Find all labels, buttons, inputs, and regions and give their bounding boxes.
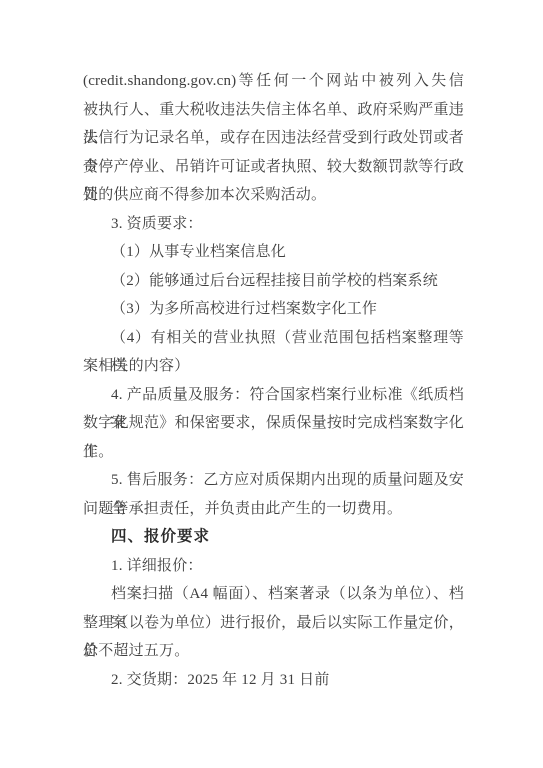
document-line: 作。 — [83, 438, 464, 467]
document-page: (credit.shandong.gov.cn)等任何一个网站中被列入失信 被执… — [0, 0, 543, 768]
document-line: 4. 产品质量及服务：符合国家档案行业标准《纸质档案 — [83, 381, 464, 410]
document-line: 失信行为记录名单，或存在因违法经营受到行政处罚或者责 — [83, 124, 464, 153]
line-text: 3. 资质要求： — [111, 216, 203, 232]
document-line: 令停产停业、吊销许可证或者执照、较大数额罚款等行政处 — [83, 153, 464, 182]
line-text: 2. 交货期：2025 年 12 月 31 日前 — [111, 672, 330, 688]
document-line: 2. 交货期：2025 年 12 月 31 日前 — [83, 666, 464, 695]
document-content: (credit.shandong.gov.cn)等任何一个网站中被列入失信 被执… — [83, 67, 464, 694]
line-text: 1. 详细报价： — [111, 558, 203, 574]
document-line: （3）为多所高校进行过档案数字化工作 — [83, 295, 464, 324]
document-line: 案相关的内容） — [83, 352, 464, 381]
line-text: 作。 — [83, 444, 113, 460]
line-text: 罚的供应商不得参加本次采购活动。 — [83, 187, 326, 203]
line-text: （2）能够通过后台远程挂接目前学校的档案系统 — [111, 273, 438, 289]
document-line: 5. 售后服务：乙方应对质保期内出现的质量问题及安全 — [83, 466, 464, 495]
line-text: （1）从事专业档案信息化 — [111, 244, 286, 260]
document-line: 价不超过五万。 — [83, 637, 464, 666]
document-line: (credit.shandong.gov.cn)等任何一个网站中被列入失信 — [83, 67, 464, 96]
document-line: 3. 资质要求： — [83, 210, 464, 239]
document-line: 四、报价要求 — [83, 523, 464, 552]
document-line: 档案扫描（A4 幅面）、档案著录（以条为单位）、档案 — [83, 580, 464, 609]
line-text: 问题等承担责任，并负责由此产生的一切费用。 — [83, 501, 402, 517]
line-text: 四、报价要求 — [111, 528, 210, 545]
line-text: （3）为多所高校进行过档案数字化工作 — [111, 301, 377, 317]
line-text: (credit.shandong.gov.cn)等任何一个网站中被列入失信 — [83, 73, 464, 89]
document-line: 数字化规范》和保密要求，保质保量按时完成档案数字化工 — [83, 409, 464, 438]
document-line: 问题等承担责任，并负责由此产生的一切费用。 — [83, 495, 464, 524]
line-text: 案相关的内容） — [83, 358, 189, 374]
document-line: 1. 详细报价： — [83, 552, 464, 581]
document-line: （2）能够通过后台远程挂接目前学校的档案系统 — [83, 267, 464, 296]
document-line: （4）有相关的营业执照（营业范围包括档案整理等档 — [83, 324, 464, 353]
document-line: 整理（以卷为单位）进行报价，最后以实际工作量定价，总 — [83, 609, 464, 638]
line-text: 价不超过五万。 — [83, 643, 189, 659]
document-line: 被执行人、重大税收违法失信主体名单、政府采购严重违法 — [83, 96, 464, 125]
document-line: （1）从事专业档案信息化 — [83, 238, 464, 267]
document-line: 罚的供应商不得参加本次采购活动。 — [83, 181, 464, 210]
